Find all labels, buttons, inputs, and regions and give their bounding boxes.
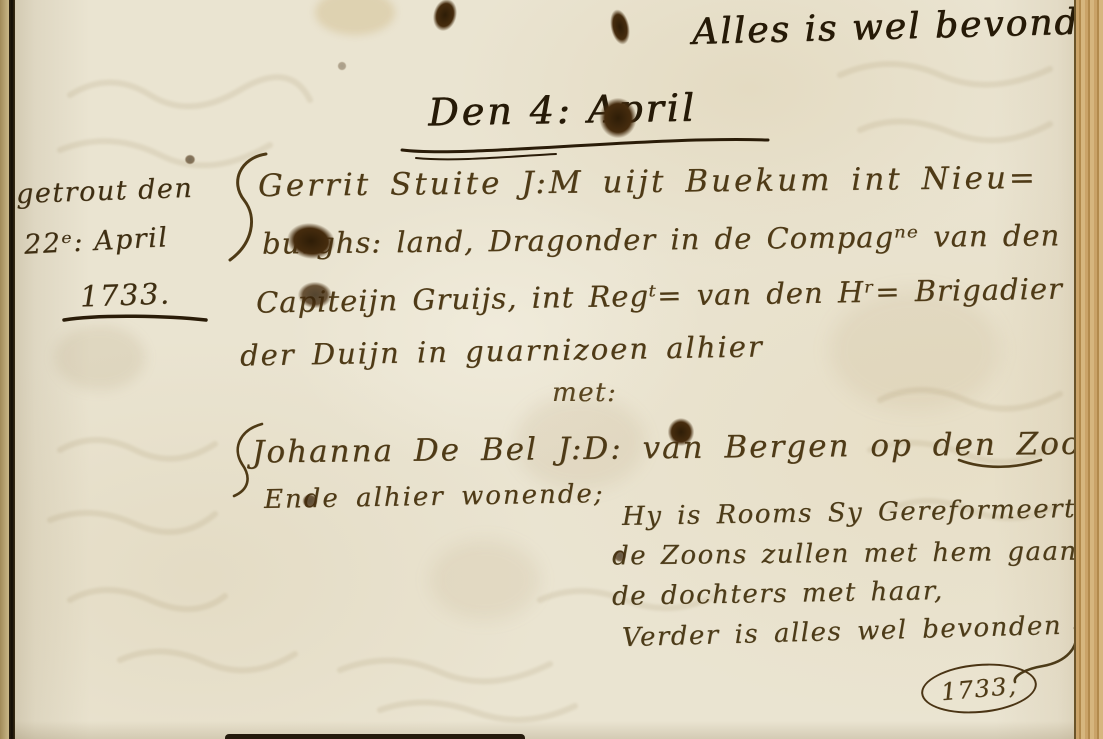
religion-note-line: de Zoons zullen met hem gaan — [612, 537, 1078, 572]
margin-note-line: 1733. — [79, 276, 171, 313]
ink-blot — [293, 278, 337, 312]
margin-note-line: 22ᵉ: April — [23, 222, 169, 261]
ink-blot — [664, 414, 698, 450]
paper-stain — [315, 0, 395, 35]
religion-note-line: de dochters met haar, — [612, 576, 944, 612]
ink-blot — [336, 60, 348, 72]
ink-blot — [603, 2, 636, 52]
ink-blot — [594, 92, 642, 144]
top-annotation: Alles is wel bevonden. — [692, 0, 1103, 53]
page-bottom-edge — [225, 734, 525, 739]
groom-entry-line: Capiteijn Gruijs, int Regᵗ= van den Hʳ= … — [256, 270, 1103, 319]
ink-blot — [425, 0, 464, 39]
book-binding-edge — [9, 0, 15, 739]
religion-note-line: Verder is alles wel bevonden — [622, 611, 1063, 653]
religion-note-line: Hy is Rooms Sy Gereformeert — [622, 494, 1076, 532]
year-stamp-circle: 1733, — [919, 659, 1039, 718]
paper-stain — [430, 540, 540, 620]
margin-note-line: getrout den — [16, 173, 194, 210]
ink-blot — [183, 153, 197, 166]
entry-date-heading: Den 4: April — [428, 86, 698, 135]
page-stack-edge — [1074, 0, 1103, 739]
groom-entry-line: der Duijn in guarnizoen alhier — [240, 329, 764, 372]
ink-blot — [612, 548, 628, 564]
groom-entry-line: burghs: land, Dragonder in de Compagⁿᵉ v… — [262, 217, 1103, 260]
paper-stain — [55, 325, 145, 390]
groom-entry-line: Gerrit Stuite J:M uijt Buekum int Nieu= — [258, 160, 1038, 204]
connector-label: met: — [552, 378, 617, 408]
year-stamp: 1733, — [940, 671, 1018, 706]
manuscript-scan: Alles is wel bevonden. Den 4: April getr… — [0, 0, 1103, 739]
